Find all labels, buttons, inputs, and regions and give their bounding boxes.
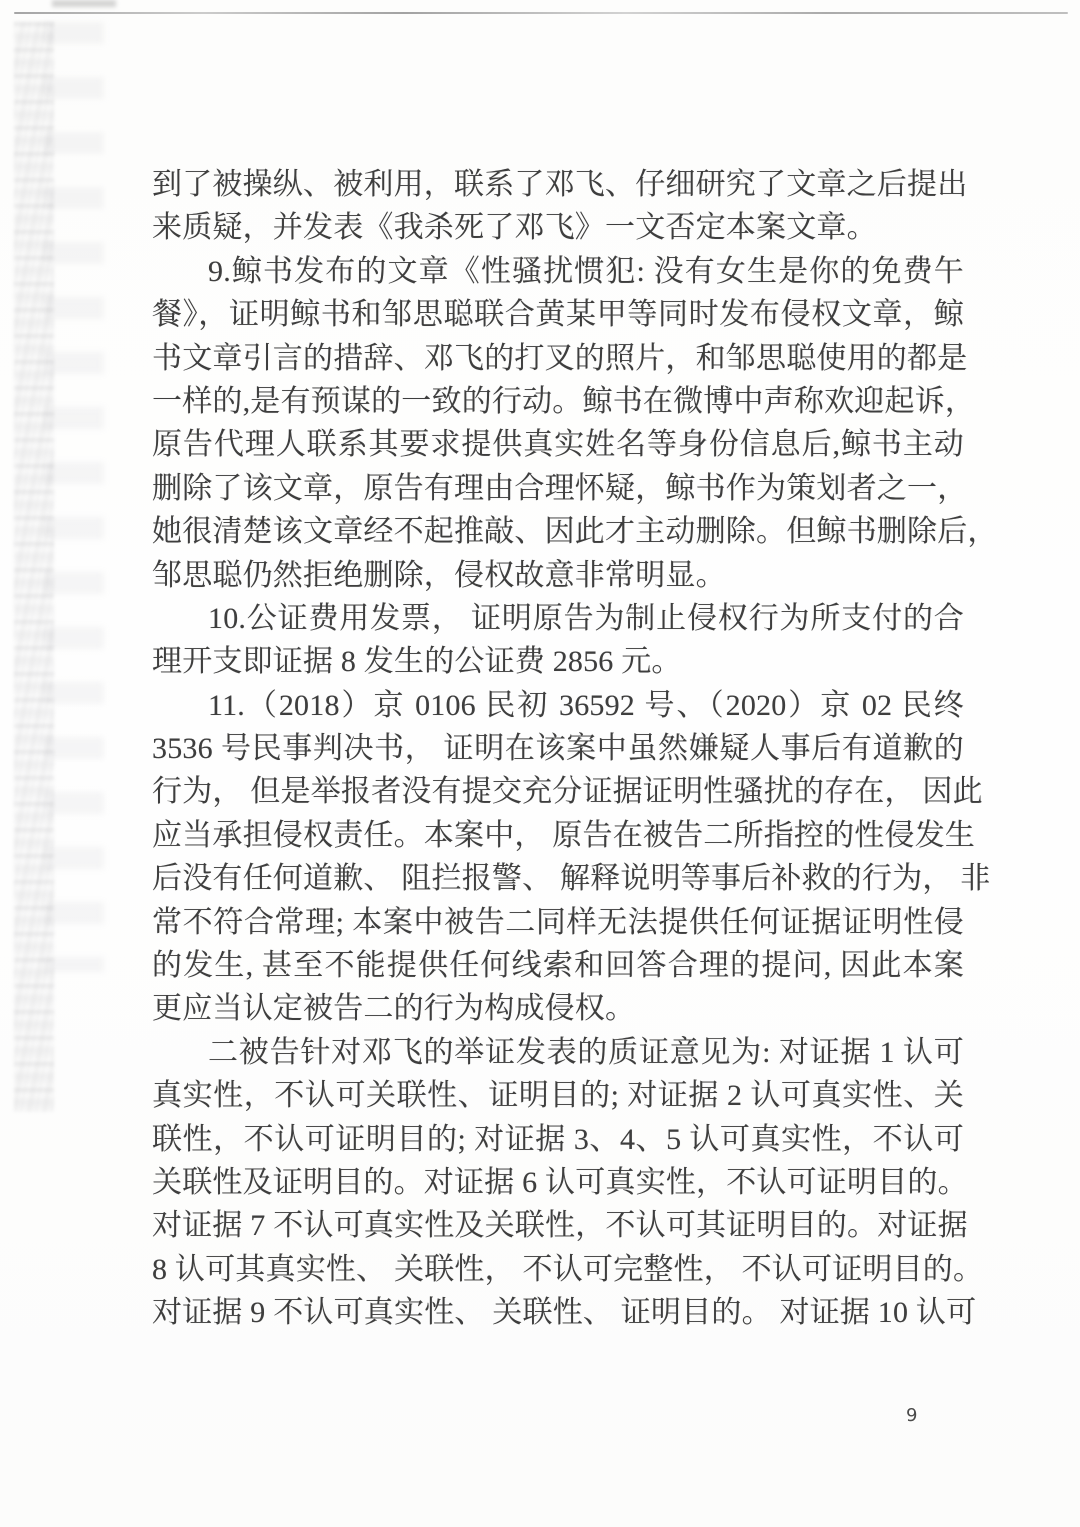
- text-line: 原告代理人联系其要求提供真实姓名等身份信息后,鲸书主动: [152, 423, 964, 466]
- page-number: 9: [906, 1405, 917, 1426]
- paragraph-continuation: 到了被操纵、被利用，联系了邓飞、仔细研究了文章之后提出 来质疑，并发表《我杀死了…: [152, 163, 964, 250]
- text-line: 常不符合常理; 本案中被告二同样无法提供任何证据证明性侵: [152, 901, 964, 944]
- text-line: 邹思聪仍然拒绝删除，侵权故意非常明显。: [152, 554, 964, 597]
- text-line: 来质疑，并发表《我杀死了邓飞》一文否定本案文章。: [152, 206, 964, 249]
- text-line: 联性，不认可证明目的; 对证据 3、4、5 认可真实性，不认可: [152, 1118, 964, 1161]
- document-body: 到了被操纵、被利用，联系了邓飞、仔细研究了文章之后提出 来质疑，并发表《我杀死了…: [152, 163, 964, 1335]
- text-line: 二被告针对邓飞的举证发表的质证意见为: 对证据 1 认可: [152, 1031, 964, 1074]
- text-line: 删除了该文章，原告有理由合理怀疑，鲸书作为策划者之一，: [152, 467, 964, 510]
- text-line: 更应当认定被告二的行为构成侵权。: [152, 987, 964, 1030]
- text-line: 到了被操纵、被利用，联系了邓飞、仔细研究了文章之后提出: [152, 163, 964, 206]
- scan-artifact-top-line: [14, 12, 1068, 14]
- text-line: 应当承担侵权责任。本案中， 原告在被告二所指控的性侵发生: [152, 814, 964, 857]
- paragraph-evidence-10: 10.公证费用发票， 证明原告为制止侵权行为所支付的合 理开支即证据 8 发生的…: [152, 597, 964, 684]
- text-line: 8 认可其真实性、 关联性， 不认可完整性， 不认可证明目的。: [152, 1248, 964, 1291]
- paragraph-evidence-11: 11.（2018）京 0106 民初 36592 号、（2020）京 02 民终…: [152, 684, 964, 1031]
- scanned-document-page: 到了被操纵、被利用，联系了邓飞、仔细研究了文章之后提出 来质疑，并发表《我杀死了…: [0, 0, 1080, 1527]
- text-line: 对证据 7 不认可真实性及关联性，不认可其证明目的。对证据: [152, 1204, 964, 1247]
- text-line: 9.鲸书发布的文章《性骚扰惯犯: 没有女生是你的免费午: [152, 250, 964, 293]
- paragraph-cross-examination: 二被告针对邓飞的举证发表的质证意见为: 对证据 1 认可 真实性，不认可关联性、…: [152, 1031, 964, 1335]
- text-line: 关联性及证明目的。对证据 6 认可真实性，不认可证明目的。: [152, 1161, 964, 1204]
- scan-artifact-corner-smudge: [52, 0, 116, 7]
- text-line: 理开支即证据 8 发生的公证费 2856 元。: [152, 640, 964, 683]
- text-line: 10.公证费用发票， 证明原告为制止侵权行为所支付的合: [152, 597, 964, 640]
- text-line: 她很清楚该文章经不起推敲、因此才主动删除。但鲸书删除后，: [152, 510, 964, 553]
- text-line: 真实性，不认可关联性、证明目的; 对证据 2 认可真实性、关: [152, 1074, 964, 1117]
- text-line: 3536 号民事判决书， 证明在该案中虽然嫌疑人事后有道歉的: [152, 727, 964, 770]
- paragraph-evidence-9: 9.鲸书发布的文章《性骚扰惯犯: 没有女生是你的免费午 餐》，证明鲸书和邹思聪联…: [152, 250, 964, 597]
- text-line: 的发生, 甚至不能提供任何线索和回答合理的提问, 因此本案: [152, 944, 964, 987]
- text-line: 对证据 9 不认可真实性、 关联性、 证明目的。 对证据 10 认可: [152, 1291, 964, 1334]
- text-line: 书文章引言的措辞、邓飞的打叉的照片，和邹思聪使用的都是: [152, 337, 964, 380]
- text-line: 11.（2018）京 0106 民初 36592 号、（2020）京 02 民终: [152, 684, 964, 727]
- text-line: 后没有任何道歉、 阻拦报警、 解释说明等事后补救的行为， 非: [152, 857, 964, 900]
- text-line: 一样的,是有预谋的一致的行动。鲸书在微博中声称欢迎起诉，: [152, 380, 964, 423]
- scan-artifact-left-edge-noise-fade: [44, 22, 104, 972]
- text-line: 行为， 但是举报者没有提交充分证据证明性骚扰的存在， 因此: [152, 770, 964, 813]
- text-line: 餐》，证明鲸书和邹思聪联合黄某甲等同时发布侵权文章，鲸: [152, 293, 964, 336]
